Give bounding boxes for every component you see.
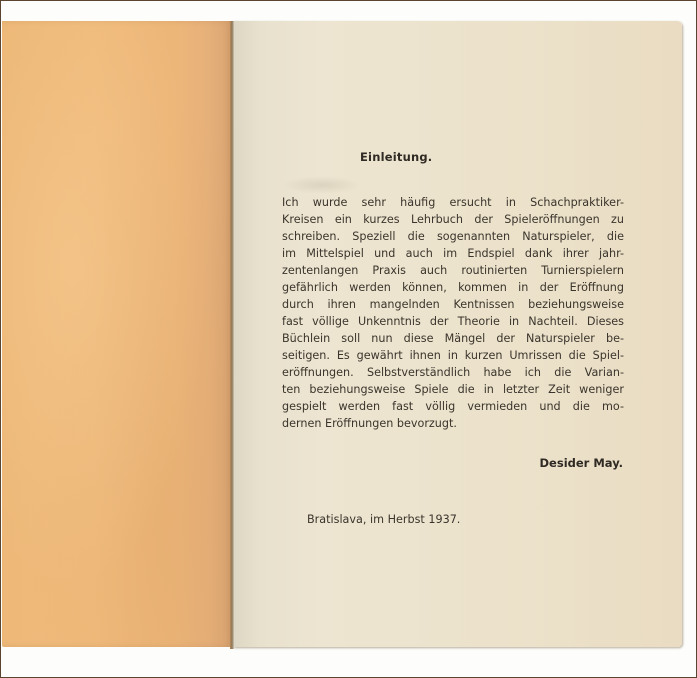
- introduction-paragraph: Ich wurde sehr häufig ersucht in Schachp…: [282, 194, 624, 432]
- text-line: im Mittelspiel und auch im Endspiel dank…: [282, 245, 624, 262]
- text-line: dernen Eröffnungen bevorzugt.: [282, 415, 624, 432]
- text-line: gefährlich werden können, kommen in der …: [282, 279, 624, 296]
- text-line: zentenlangen Praxis auch routinierten Tu…: [282, 262, 624, 279]
- text-line: Büchlein soll nun diese Mängel der Natur…: [282, 330, 624, 347]
- author-signature: Desider May.: [540, 456, 624, 470]
- text-line: gespielt werden fast völlig vermieden un…: [282, 398, 624, 415]
- section-heading: Einleitung.: [360, 150, 432, 164]
- ink-smudge: [282, 176, 362, 194]
- text-line: durch ihren mangelnden Kentnissen bezieh…: [282, 296, 624, 313]
- text-line: seitigen. Es gewährt ihnen in kurzen Umr…: [282, 347, 624, 364]
- left-page-blank: [2, 21, 232, 647]
- text-line: ten beziehungsweise Spiele die in letzte…: [282, 381, 624, 398]
- book-spine: [230, 21, 234, 649]
- place-and-date: Bratislava, im Herbst 1937.: [307, 513, 460, 526]
- text-line: Kreisen ein kurzes Lehrbuch der Spielerö…: [282, 211, 624, 228]
- text-line: eröffnungen. Selbstverständlich habe ich…: [282, 364, 624, 381]
- text-line: schreiben. Speziell die sogenannten Natu…: [282, 228, 624, 245]
- text-line: Ich wurde sehr häufig ersucht in Schachp…: [282, 194, 624, 211]
- text-line: fast völlige Unkenntnis der Theorie in N…: [282, 313, 624, 330]
